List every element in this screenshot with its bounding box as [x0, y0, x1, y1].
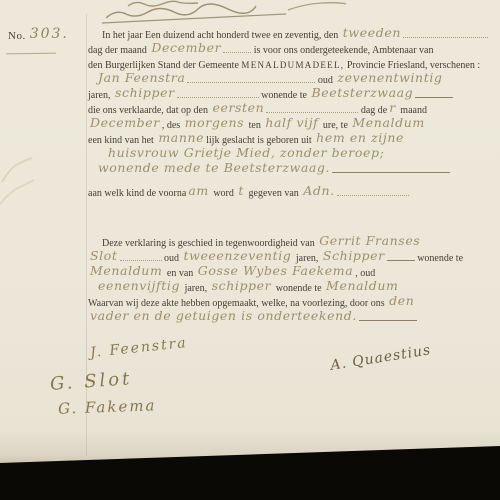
deed-paragraph-witnesses: Deze verklaring is geschied in tegenwoor…: [88, 234, 482, 324]
handwritten-entry: morgens: [183, 115, 246, 130]
deed-line: eenenvijftig jaren, schipper wonende te …: [88, 279, 482, 294]
deed-line: aan welk kind de voornaam word t gegeven…: [88, 184, 482, 199]
printed-form-text: wonende te: [259, 90, 310, 101]
printed-form-text: wonende te: [273, 283, 324, 294]
handwritten-entry: schipper: [113, 85, 177, 100]
handwritten-entry: Menaldum: [88, 263, 164, 278]
signature-witness-2: G. Fakema: [58, 396, 157, 417]
solid-fill-line: [332, 162, 450, 173]
dotted-fill-line: [187, 72, 315, 83]
printed-form-text: aan welk kind de voorna: [88, 188, 186, 199]
handwritten-entry: Gerrit Franses: [317, 233, 422, 248]
handwritten-entry: Gosse Wybes Faekema: [196, 263, 356, 278]
handwritten-entry: Menaldum: [350, 115, 426, 130]
act-number-value: 303.: [30, 26, 69, 42]
deed-line: Slot oud tweeenzeventig jaren, Schipper …: [88, 249, 482, 264]
deed-line: Deze verklaring is geschied in tegenwoor…: [88, 234, 482, 249]
printed-form-text: wonende te: [415, 253, 463, 264]
margin-ink-bleedthrough: [0, 152, 50, 216]
deed-line: die ons verklaarde, dat op den eersten d…: [88, 101, 482, 116]
printed-form-text: jaren,: [182, 283, 210, 294]
handwritten-entry: vader en de getuigen is onderteekend.: [88, 308, 359, 323]
handwritten-entry: December: [149, 40, 223, 55]
deed-line: Jan Feenstra oud zevenentwintig: [88, 71, 482, 86]
handwritten-entry: Beetsterzwaag: [309, 85, 415, 100]
printed-form-text: gegeven van: [246, 188, 301, 199]
handwritten-entry: den: [387, 293, 416, 308]
solid-fill-line: [415, 87, 453, 98]
solid-fill-line: [359, 310, 417, 321]
deed-line: Waarvan wij deze akte hebben opgemaakt, …: [88, 294, 482, 309]
handwritten-entry: Slot: [88, 248, 120, 263]
dotted-fill-line: [266, 102, 358, 113]
handwritten-entry: Jan Feenstra: [96, 70, 187, 85]
handwritten-entry: eersten: [210, 100, 266, 115]
printed-form-text: MENALDUMADEEL,: [241, 60, 344, 70]
deed-line: een kind van het mannelijk geslacht is g…: [88, 131, 482, 146]
deed-line: huisvrouw Grietje Mied, zonder beroep;: [88, 146, 482, 161]
handwritten-entry: schipper: [210, 278, 274, 293]
dotted-fill-line: [223, 42, 251, 53]
deed-line: vader en de getuigen is onderteekend.: [88, 309, 482, 324]
printed-form-text: word: [211, 188, 237, 199]
dotted-fill-line: [120, 250, 162, 261]
previous-act-cutoff-handwriting: [88, 0, 348, 26]
deed-paragraph-opening: In het jaar Een duizend acht honderd twe…: [88, 26, 482, 199]
handwritten-entry: Menaldum: [324, 278, 400, 293]
deed-line: wonende mede te Beetsterzwaag.: [88, 161, 482, 176]
handwritten-entry: tweeenzeventig: [182, 248, 294, 263]
handwritten-entry: r: [387, 100, 398, 115]
act-number: No. 303.: [8, 26, 69, 44]
solid-fill-line: [387, 250, 415, 261]
handwritten-entry: half vijf: [263, 115, 320, 130]
deed-line: December, des morgens ten half vijf ure,…: [88, 116, 482, 131]
handwritten-entry: huisvrouw Grietje Mied, zonder beroep;: [106, 145, 386, 160]
deed-line: Menaldum en van Gosse Wybes Faekema, oud: [88, 264, 482, 279]
printed-form-text: jaren,: [88, 90, 113, 101]
handwritten-entry: December: [88, 115, 162, 130]
deed-line: dag der maand December is voor ons onder…: [88, 41, 482, 56]
deed-line: den Burgerlijken Stand der Gemeente MENA…: [88, 56, 482, 71]
dotted-fill-line: [177, 87, 259, 98]
handwritten-entry: Schipper: [321, 248, 387, 263]
deed-line: jaren, schipper wonende te Beetsterzwaag: [88, 86, 482, 101]
handwritten-entry: wonende mede te Beetsterzwaag.: [96, 160, 332, 175]
handwritten-entry: tweeden: [341, 25, 403, 40]
printed-form-text: ten: [246, 120, 263, 131]
handwritten-entry: eenenvijftig: [96, 278, 182, 293]
handwritten-entry: t: [236, 183, 246, 198]
printed-form-text: oud: [162, 253, 182, 264]
dotted-fill-line: [403, 27, 488, 38]
act-number-label: No.: [8, 30, 26, 42]
handwritten-entry: zevenentwintig: [335, 70, 444, 85]
handwritten-entry: manne: [156, 130, 206, 145]
handwritten-entry: am: [186, 183, 211, 198]
dotted-fill-line: [337, 185, 409, 196]
printed-form-text: dag der maand: [88, 45, 149, 56]
printed-form-text: is voor ons ondergeteekende, Ambtenaar v…: [251, 45, 433, 56]
handwritten-entry: hem en zijne: [314, 130, 406, 145]
deed-line: In het jaar Een duizend acht honderd twe…: [88, 26, 482, 41]
handwritten-entry: Adn.: [301, 183, 336, 198]
